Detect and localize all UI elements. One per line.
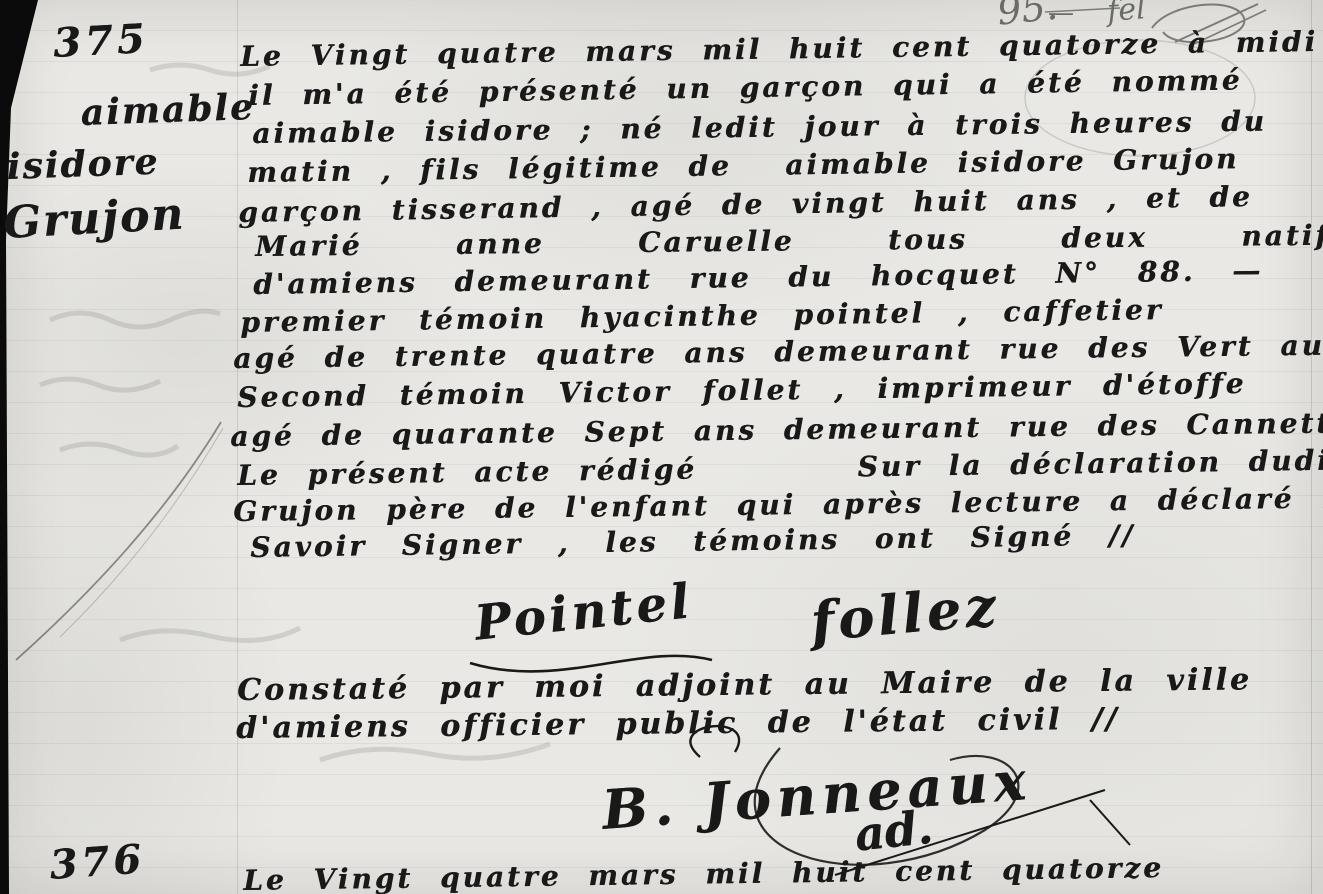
- witness-signature-pointel: Pointel: [472, 573, 696, 652]
- pencil-scribble-text: fel: [1106, 0, 1147, 29]
- body-line: Second témoin Victor follet , imprimeur …: [237, 367, 1247, 414]
- binding-edge: [0, 0, 38, 894]
- margin-name-line: aimable: [80, 86, 256, 134]
- certification-line: d'amiens officier public de l'état civil…: [236, 702, 1120, 746]
- margin-name-line: isidore: [6, 141, 160, 188]
- pencil-dash: —: [1048, 0, 1074, 28]
- official-signature-paraph: ad.: [852, 800, 935, 862]
- document-scan: 95. — fel 375 aimable isidore Grujon Le …: [0, 0, 1323, 894]
- margin-name-line: Grujon: [2, 188, 186, 248]
- act-number: 375: [52, 15, 150, 67]
- official-signature: B. Jonneaux: [600, 748, 1034, 842]
- fold-crease: [16, 422, 221, 660]
- next-record-first-line: Le Vingt quatre mars mil huit cent quato…: [243, 851, 1164, 894]
- fold-crease-echo: [60, 428, 223, 637]
- next-act-number: 376: [48, 835, 147, 889]
- witness-signature-follet: follez: [808, 574, 1002, 654]
